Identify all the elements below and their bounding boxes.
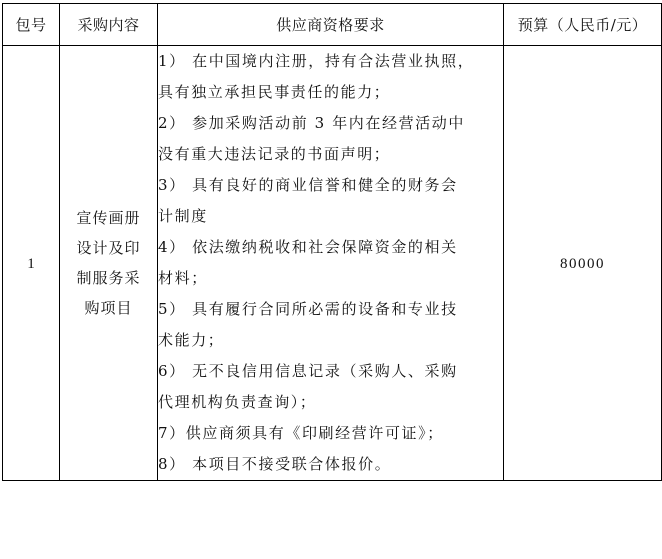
content-line: 设计及印 xyxy=(60,233,157,263)
requirement-line: 没有重大违法记录的书面声明； xyxy=(158,139,503,170)
requirement-line: 材料； xyxy=(158,263,503,294)
requirement-line: 2） 参加采购活动前 3 年内在经营活动中 xyxy=(158,108,503,139)
requirement-line: 具有独立承担民事责任的能力； xyxy=(158,77,503,108)
header-budget: 预算（人民币/元） xyxy=(504,4,662,46)
requirement-line: 代理机构负责查询）； xyxy=(158,387,503,418)
header-content: 采购内容 xyxy=(60,4,158,46)
budget-cell: 80000 xyxy=(504,46,662,481)
requirement-line: 3） 具有良好的商业信誉和健全的财务会 xyxy=(158,170,503,201)
requirement-line: 7）供应商须具有《印刷经营许可证》； xyxy=(158,418,503,449)
requirements-cell: 1） 在中国境内注册，持有合法营业执照， 具有独立承担民事责任的能力； 2） 参… xyxy=(158,46,504,481)
content-line: 购项目 xyxy=(60,293,157,323)
header-row: 包号 采购内容 供应商资格要求 预算（人民币/元） xyxy=(3,4,662,46)
requirement-line: 4） 依法缴纳税收和社会保障资金的相关 xyxy=(158,232,503,263)
content-line: 制服务采 xyxy=(60,263,157,293)
requirement-line: 6） 无不良信用信息记录（采购人、采购 xyxy=(158,356,503,387)
requirement-line: 8） 本项目不接受联合体报价。 xyxy=(158,449,503,480)
package-no-cell: 1 xyxy=(3,46,60,481)
content-cell: 宣传画册 设计及印 制服务采 购项目 xyxy=(60,46,158,481)
package-no: 1 xyxy=(27,256,35,272)
budget-value: 80000 xyxy=(560,256,605,272)
requirement-line: 5） 具有履行合同所必需的设备和专业技 xyxy=(158,294,503,325)
requirement-line: 计制度 xyxy=(158,201,503,232)
table-row: 1 宣传画册 设计及印 制服务采 购项目 1） 在中国境内注册，持有合法营业执照… xyxy=(3,46,662,481)
header-package-no: 包号 xyxy=(3,4,60,46)
header-requirements: 供应商资格要求 xyxy=(158,4,504,46)
requirement-line: 术能力； xyxy=(158,325,503,356)
procurement-table: 包号 采购内容 供应商资格要求 预算（人民币/元） 1 宣传画册 设计及印 制服… xyxy=(2,3,662,481)
content-line: 宣传画册 xyxy=(60,203,157,233)
requirement-line: 1） 在中国境内注册，持有合法营业执照， xyxy=(158,46,503,77)
